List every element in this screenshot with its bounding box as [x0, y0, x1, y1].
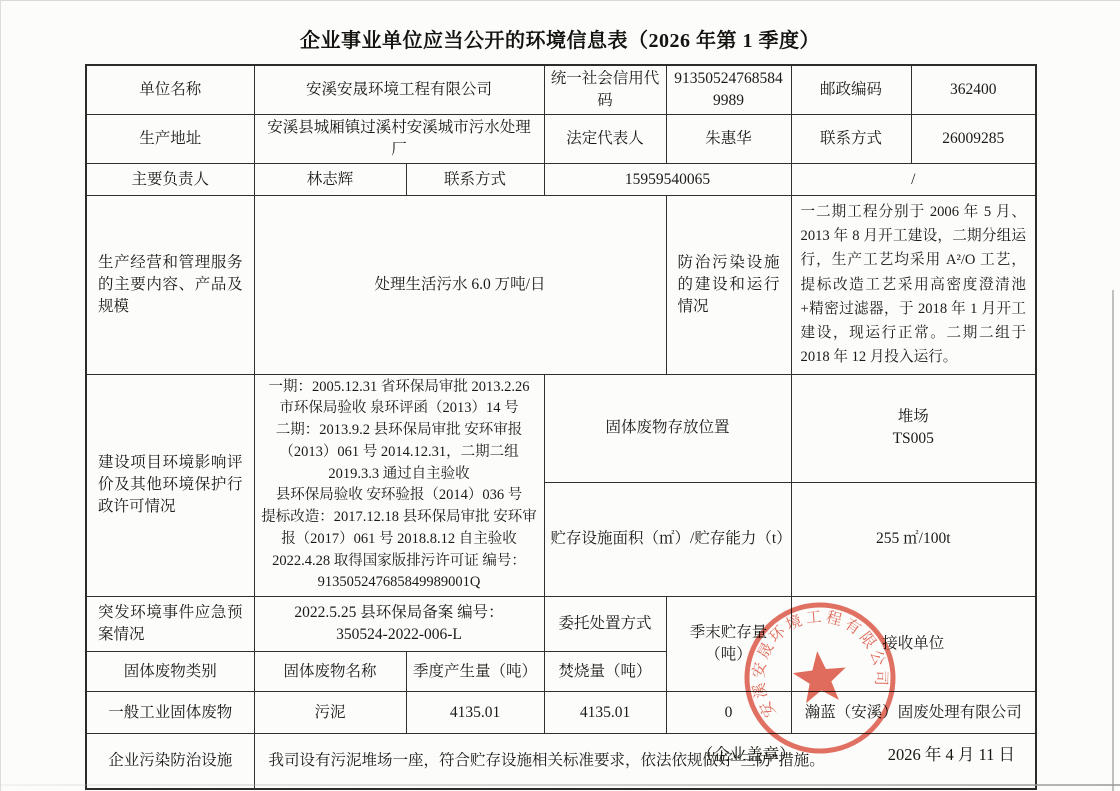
row-address: 生产地址 安溪县城厢镇过溪村安溪城市污水处理厂 法定代表人 朱惠华 联系方式 2… [86, 115, 1036, 164]
pollution-facility-value-cell: 一二期工程分别于 2006 年 5 月、2013 年 8 月开工建设，二期分组运… [791, 196, 1036, 375]
scan-edge-right [1112, 290, 1114, 791]
footer: （企业盖章） 2026 年 4 月 11 日 [85, 741, 1035, 765]
emergency-plan-label-cell: 突发环境事件应急预案情况 [86, 597, 254, 652]
waste-category-value-cell: 一般工业固体废物 [86, 692, 254, 734]
row-business-scope: 生产经营和管理服务的主要内容、产品及规模 处理生活污水 6.0 万吨/日 防治污… [86, 196, 1036, 375]
row-emergency-plan: 突发环境事件应急预案情况 2022.5.25 县环保局备案 编号： 350524… [86, 597, 1036, 652]
row-unit-name: 单位名称 安溪安晟环境工程有限公司 统一社会信用代码 9135052476858… [86, 65, 1036, 115]
contact2-value-cell: 15959540065 [544, 164, 791, 196]
contact1-value-cell: 26009285 [911, 115, 1036, 164]
report-date: 2026 年 4 月 11 日 [888, 741, 1015, 765]
unit-name-label-cell: 单位名称 [86, 65, 254, 115]
legal-rep-label-cell: 法定代表人 [544, 115, 666, 164]
incineration-header-cell: 焚烧量（吨） [544, 652, 666, 692]
row-eia-permits-top: 建设项目环境影响评价及其他环境保护行政许可情况 一期：2005.12.31 省环… [86, 374, 1036, 482]
quarter-output-header-cell: 季度产生量（吨） [406, 652, 544, 692]
storage-capacity-value-cell: 255 ㎡/100t [791, 482, 1036, 596]
legal-rep-value-cell: 朱惠华 [666, 115, 791, 164]
unit-name-value-cell: 安溪安晟环境工程有限公司 [254, 65, 544, 115]
storage-capacity-label-cell: 贮存设施面积（㎡）/贮存能力（t） [544, 482, 791, 596]
eia-permit-label-cell: 建设项目环境影响评价及其他环境保护行政许可情况 [86, 374, 254, 597]
row-principal: 主要负责人 林志辉 联系方式 15959540065 / [86, 164, 1036, 196]
waste-location-label-cell: 固体废物存放位置 [544, 374, 791, 482]
address-label-cell: 生产地址 [86, 115, 254, 164]
address-value-cell: 安溪县城厢镇过溪村安溪城市污水处理厂 [254, 115, 544, 164]
eia-permit-value-cell: 一期：2005.12.31 省环保局审批 2013.2.26 市环保局验收 泉环… [254, 374, 544, 597]
waste-name-header-cell: 固体废物名称 [254, 652, 406, 692]
quarter-end-storage-value-cell: 0 [666, 692, 791, 734]
principal-value-cell: 林志辉 [254, 164, 406, 196]
page-title: 企业事业单位应当公开的环境信息表（2026 年第 1 季度） [85, 24, 1035, 53]
incineration-value-cell: 4135.01 [544, 692, 666, 734]
postal-code-value-cell: 362400 [911, 65, 1036, 115]
waste-name-value-cell: 污泥 [254, 692, 406, 734]
contact1-label-cell: 联系方式 [791, 115, 911, 164]
scan-edge-bottom [0, 784, 1120, 786]
receiver-label-cell: 接收单位 [791, 597, 1036, 692]
emergency-plan-value-cell: 2022.5.25 县环保局备案 编号： 350524-2022-006-L [254, 597, 544, 652]
contact3-value-cell: / [791, 164, 1036, 196]
credit-code-value-cell: 913505247685849989 [666, 65, 791, 115]
scan-edge-top [0, 0, 1120, 1]
row-waste-data: 一般工业固体废物 污泥 4135.01 4135.01 0 瀚蓝（安溪）固废处理… [86, 692, 1036, 734]
waste-category-header-cell: 固体废物类别 [86, 652, 254, 692]
pollution-facility-label-cell: 防治污染设施的建设和运行情况 [666, 196, 791, 375]
business-scope-value-cell: 处理生活污水 6.0 万吨/日 [254, 196, 666, 375]
environment-info-table: 单位名称 安溪安晟环境工程有限公司 统一社会信用代码 9135052476858… [85, 64, 1037, 790]
disposal-method-label-cell: 委托处置方式 [544, 597, 666, 652]
postal-code-label-cell: 邮政编码 [791, 65, 911, 115]
principal-label-cell: 主要负责人 [86, 164, 254, 196]
scanned-document-page: 企业事业单位应当公开的环境信息表（2026 年第 1 季度） 单位名称 安溪安晟… [0, 0, 1120, 791]
credit-code-label-cell: 统一社会信用代码 [544, 65, 666, 115]
company-seal-note: （企业盖章） [697, 741, 796, 765]
quarter-end-storage-label-cell: 季末贮存量（吨） [666, 597, 791, 692]
scan-edge-left [0, 0, 1, 791]
business-scope-label-cell: 生产经营和管理服务的主要内容、产品及规模 [86, 196, 254, 375]
waste-location-value-cell: 堆场 TS005 [791, 374, 1036, 482]
receiver-value-cell: 瀚蓝（安溪）固废处理有限公司 [791, 692, 1036, 734]
quarter-output-value-cell: 4135.01 [406, 692, 544, 734]
contact2-label-cell: 联系方式 [406, 164, 544, 196]
